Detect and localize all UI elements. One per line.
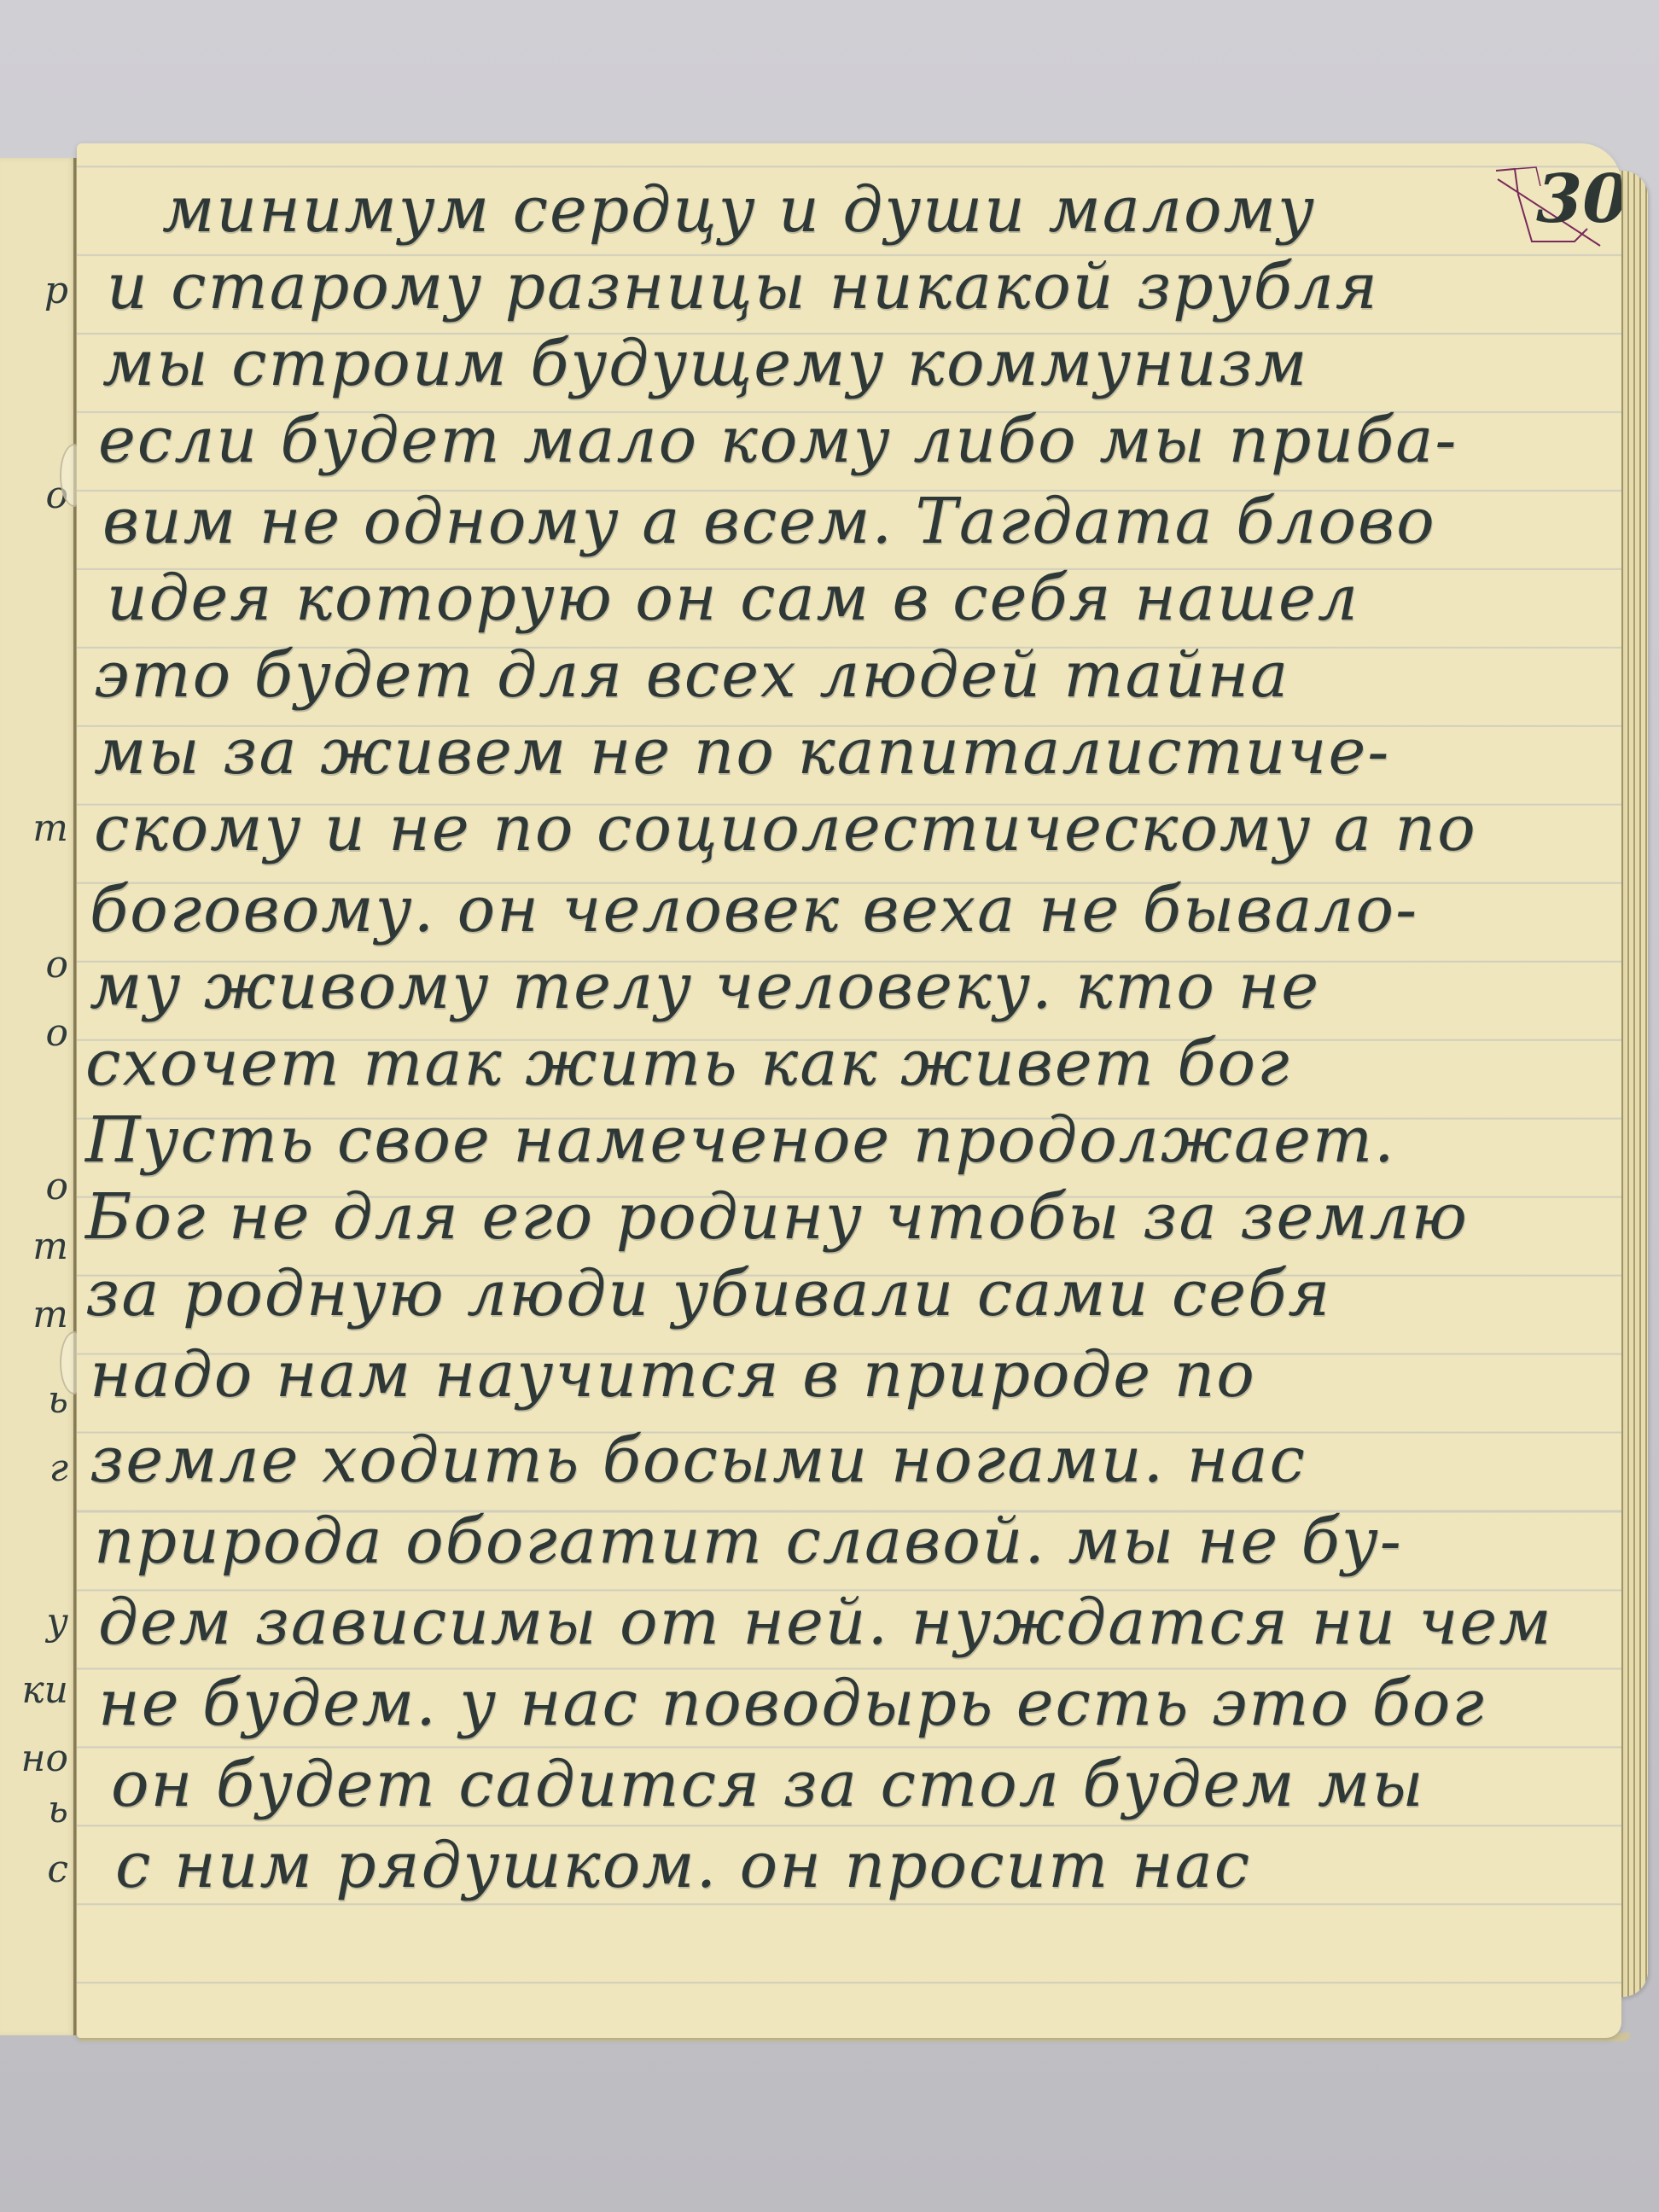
- previous-page-fragment: р: [0, 269, 75, 312]
- text-line: природа обогатит славой. мы не бу-: [94, 1505, 1403, 1578]
- text-line: мы строим будущему коммунизм: [102, 327, 1308, 400]
- page-number: 30: [1489, 160, 1617, 254]
- text-line: вим не одному а всем. Тагдата блово: [102, 485, 1436, 558]
- text-line: му живому телу человеку. кто не: [90, 950, 1320, 1023]
- previous-page-fragment: ь: [0, 1788, 75, 1831]
- text-line: и старому разницы никакой зрубля: [107, 250, 1379, 323]
- text-line: мы за живем не по капиталистиче-: [94, 715, 1390, 789]
- text-line: схочет так жить как живет бог: [85, 1027, 1290, 1100]
- text-line: минимум сердцу и души малому: [162, 173, 1316, 247]
- previous-page-fragment: о: [0, 943, 75, 987]
- text-line: если будет мало кому либо мы приба-: [98, 404, 1458, 477]
- text-line: надо нам научится в природе по: [90, 1338, 1256, 1412]
- text-line: дем зависимы от ней. нуждатся ни чем: [98, 1586, 1553, 1659]
- notebook-page: 30 минимум сердцу и души малому и старом…: [77, 143, 1621, 2038]
- text-line: Бог не для его родину чтобы за землю: [85, 1180, 1469, 1254]
- text-line: за родную люди убивали сами себя: [85, 1257, 1331, 1330]
- text-line: земле ходить босыми ногами. нас: [90, 1423, 1307, 1497]
- text-line: скому и не по социолестическому а по: [94, 792, 1477, 865]
- text-line: не будем. у нас поводырь есть это бог: [98, 1667, 1486, 1740]
- spine-line: [73, 158, 76, 2035]
- previous-page-fragment: ки: [0, 1668, 75, 1712]
- page-stack-edge: [1617, 171, 1648, 1997]
- text-line: с ним рядушком. он просит нас: [115, 1829, 1251, 1902]
- previous-page-fragment: но: [0, 1737, 75, 1780]
- previous-page-fragment: г: [0, 1447, 75, 1490]
- text-line: идея которую он сам в себя нашел: [107, 562, 1359, 635]
- previous-page-fragment: о: [0, 1011, 75, 1055]
- previous-page-fragment: о: [0, 1165, 75, 1208]
- text-line: Пусть свое намеченое продолжает.: [85, 1103, 1396, 1177]
- previous-page-fragment: у: [0, 1600, 75, 1644]
- page-number-text: 30: [1536, 160, 1621, 238]
- previous-page-fragment: т: [0, 1225, 75, 1268]
- previous-page-fragment: т: [0, 1293, 75, 1336]
- previous-page-fragment: т: [0, 806, 75, 850]
- previous-page-edge: р о т о о о т т ь г у ки но ь с: [0, 158, 77, 2035]
- text-line: боговому. он человек веха не бывало-: [90, 873, 1418, 946]
- previous-page-fragment: с: [0, 1848, 75, 1891]
- text-line: это будет для всех людей тайна: [94, 638, 1289, 712]
- text-line: он будет садится за стол будем мы: [111, 1748, 1425, 1821]
